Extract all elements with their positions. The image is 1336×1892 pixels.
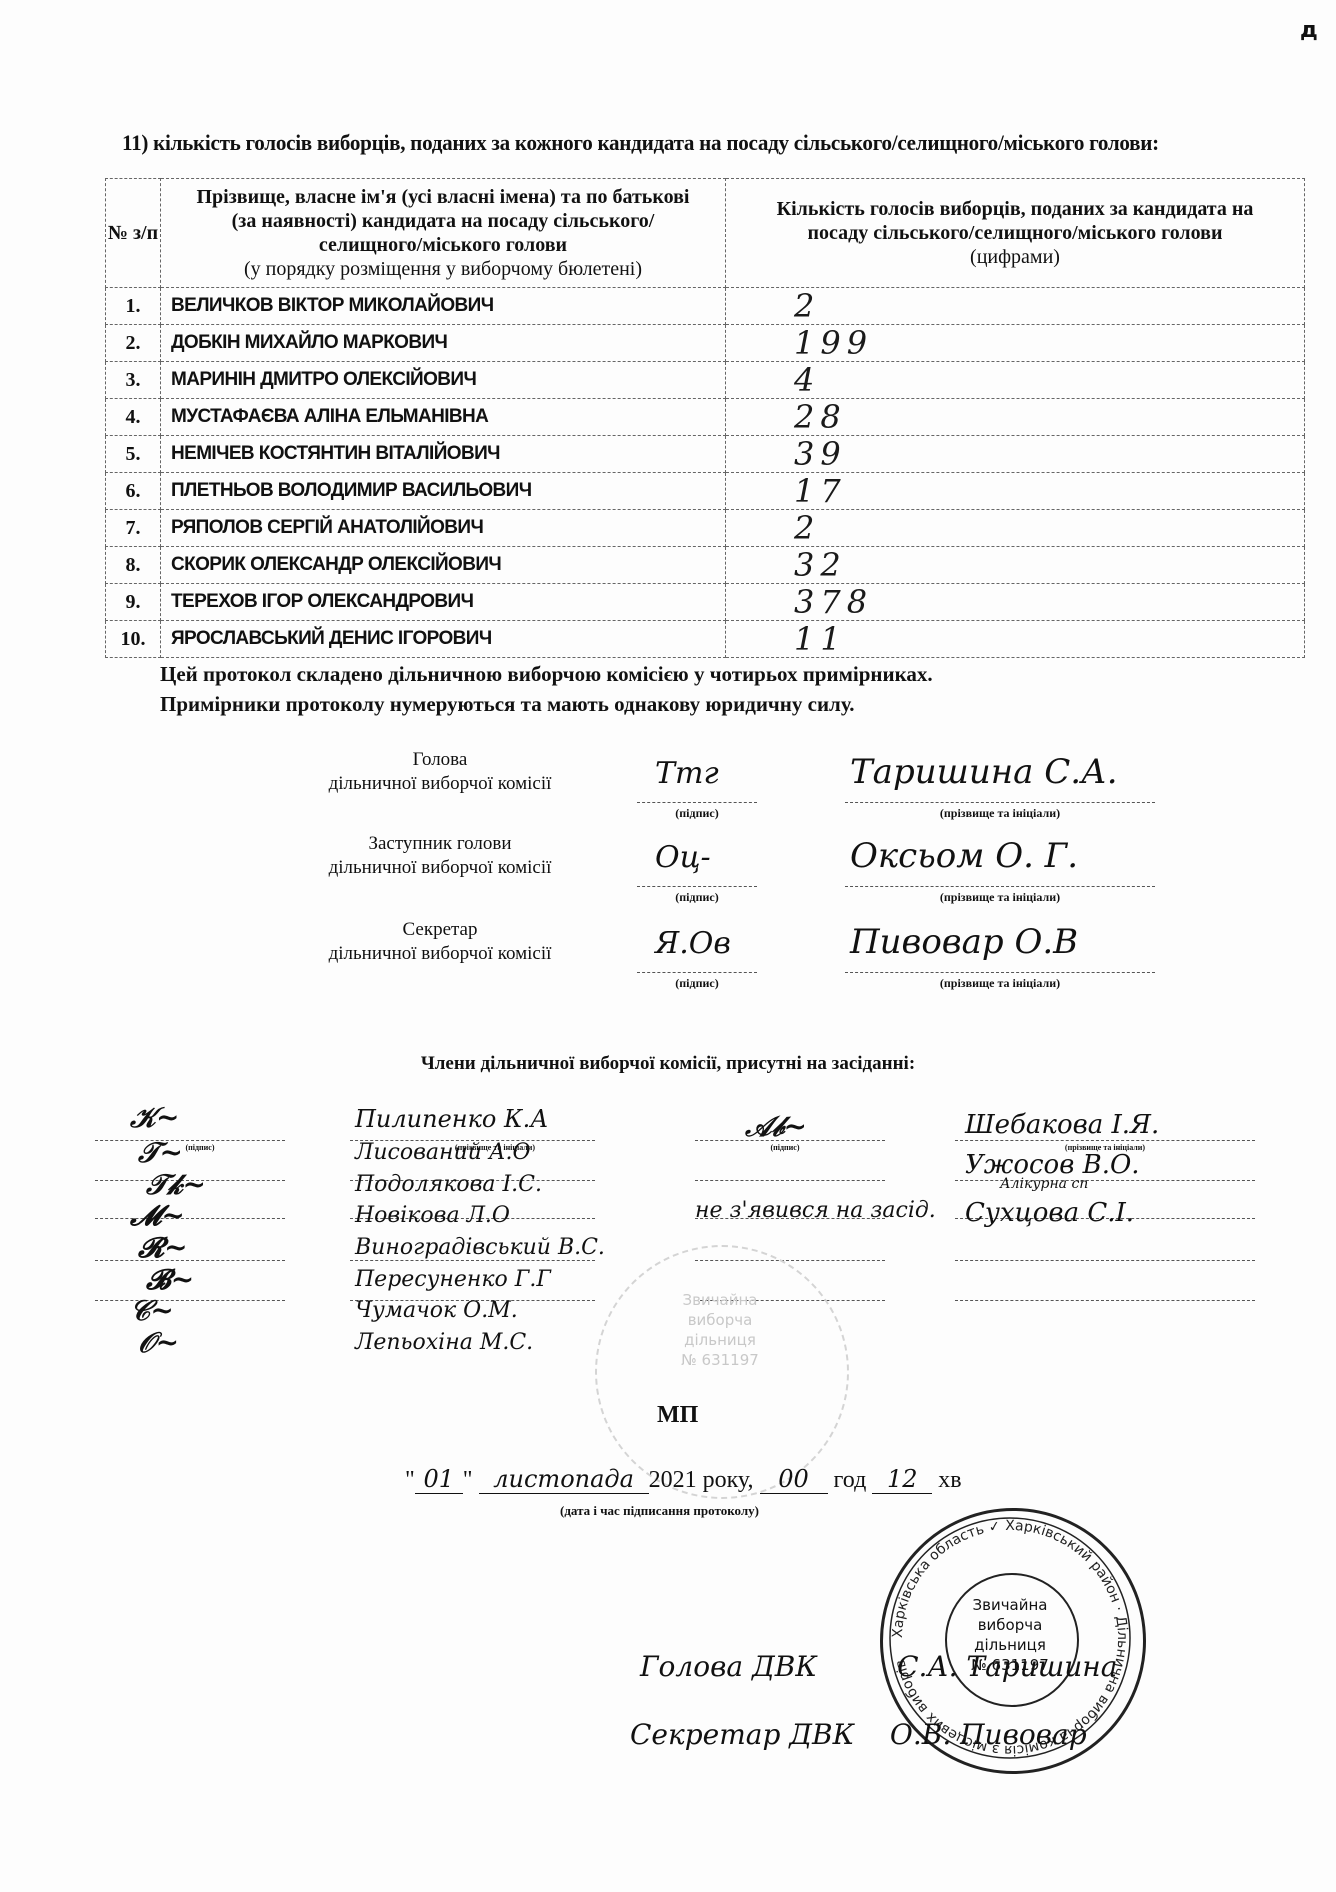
signing-minute: 12 bbox=[872, 1465, 932, 1494]
candidate-name: РЯПОЛОВ СЕРГІЙ АНАТОЛІЙОВИЧ bbox=[161, 510, 726, 547]
table-row: 4.МУСТАФАЄВА АЛІНА ЕЛЬМАНІВНА28 bbox=[106, 399, 1305, 436]
table-row: 5.НЕМІЧЕВ КОСТЯНТИН ВІТАЛІЙОВИЧ39 bbox=[106, 436, 1305, 473]
member-line bbox=[350, 1260, 595, 1261]
candidate-name: ЯРОСЛАВСЬКИЙ ДЕНИС ІГОРОВИЧ bbox=[161, 621, 726, 658]
table-row: 8.СКОРИК ОЛЕКСАНДР ОЛЕКСІЙОВИЧ32 bbox=[106, 547, 1305, 584]
member-annotation: Алікурна сп bbox=[1000, 1176, 1088, 1192]
candidate-name: ПЛЕТНЬОВ ВОЛОДИМИР ВАСИЛЬОВИЧ bbox=[161, 473, 726, 510]
row-number: 1. bbox=[106, 288, 161, 325]
certification-chair: Голова ДВК С.А. Таришина bbox=[640, 1650, 1117, 1683]
name-caption: (прізвище та ініціали) bbox=[845, 890, 1155, 905]
candidate-votes: 2 bbox=[726, 510, 1305, 547]
certification-secretary: Секретар ДВК О.В. Пивовар bbox=[630, 1718, 1087, 1751]
signature-caption: (підпис) bbox=[637, 976, 757, 991]
candidate-name: ДОБКІН МИХАЙЛО МАРКОВИЧ bbox=[161, 325, 726, 362]
official-name: Пивовар О.В bbox=[850, 922, 1078, 962]
candidate-votes: 4 bbox=[726, 362, 1305, 399]
row-number: 9. bbox=[106, 584, 161, 621]
row-number: 8. bbox=[106, 547, 161, 584]
candidate-name: НЕМІЧЕВ КОСТЯНТИН ВІТАЛІЙОВИЧ bbox=[161, 436, 726, 473]
name-line bbox=[845, 886, 1155, 887]
member-line bbox=[955, 1140, 1255, 1141]
candidate-name: МАРИНІН ДМИТРО ОЛЕКСІЙОВИЧ bbox=[161, 362, 726, 399]
note-copies: Цей протокол складено дільничною виборчо… bbox=[160, 662, 933, 687]
member-line bbox=[695, 1180, 885, 1181]
member-name: Чумачок О.М. bbox=[355, 1298, 518, 1323]
candidate-votes-table: № з/п Прізвище, власне ім'я (усі власні … bbox=[105, 178, 1305, 658]
member-name: Подолякова І.С. bbox=[355, 1172, 542, 1197]
member-name: Пилипенко К.А bbox=[355, 1105, 548, 1133]
members-title: Члени дільничної виборчої комісії, прису… bbox=[0, 1053, 1336, 1075]
signing-date-line: "01" листопада2021 року, 00 год 12 хв bbox=[405, 1465, 962, 1494]
corner-mark: д bbox=[1300, 18, 1318, 43]
candidate-name: МУСТАФАЄВА АЛІНА ЕЛЬМАНІВНА bbox=[161, 399, 726, 436]
member-signature: 𝓜~ bbox=[130, 1199, 185, 1233]
table-row: 10.ЯРОСЛАВСЬКИЙ ДЕНИС ІГОРОВИЧ11 bbox=[106, 621, 1305, 658]
official-role: Заступник головидільничної виборчої комі… bbox=[290, 832, 590, 880]
official-role: Головадільничної виборчої комісії bbox=[290, 748, 590, 796]
section-title: 11) кількість голосів виборців, поданих … bbox=[122, 130, 1159, 156]
official-name: Таришина С.А. bbox=[850, 752, 1118, 792]
member-absent-note: не з'явився на засід. bbox=[695, 1198, 936, 1223]
member-name: Пересуненко Г.Г bbox=[355, 1267, 551, 1292]
row-number: 7. bbox=[106, 510, 161, 547]
member-line bbox=[95, 1140, 285, 1141]
candidate-votes: 378 bbox=[726, 584, 1305, 621]
member-line bbox=[95, 1218, 285, 1219]
name-caption: (прізвище та ініціали) bbox=[845, 806, 1155, 821]
candidate-name: ТЕРЕХОВ ІГОР ОЛЕКСАНДРОВИЧ bbox=[161, 584, 726, 621]
name-line bbox=[845, 802, 1155, 803]
member-signature: 𝒯~ bbox=[138, 1136, 183, 1170]
member-line bbox=[95, 1260, 285, 1261]
candidate-name: СКОРИК ОЛЕКСАНДР ОЛЕКСІЙОВИЧ bbox=[161, 547, 726, 584]
row-number: 6. bbox=[106, 473, 161, 510]
signature-caption: (підпис) bbox=[637, 890, 757, 905]
faded-stamp-impression bbox=[595, 1245, 849, 1499]
name-line bbox=[845, 972, 1155, 973]
member-name: Сухцова С.І. bbox=[965, 1198, 1134, 1228]
member-name: Виноградівський В.С. bbox=[355, 1235, 605, 1260]
date-day: 01 bbox=[415, 1465, 463, 1494]
header-candidate-name: Прізвище, власне ім'я (усі власні імена)… bbox=[161, 179, 726, 288]
table-row: 6.ПЛЕТНЬОВ ВОЛОДИМИР ВАСИЛЬОВИЧ17 bbox=[106, 473, 1305, 510]
header-votes: Кількість голосів виборців, поданих за к… bbox=[726, 179, 1305, 288]
member-signature: 𝒯𝓀~ bbox=[146, 1168, 206, 1202]
official-name: Оксьом О. Г. bbox=[850, 836, 1078, 876]
official-signature: Оц- bbox=[655, 840, 711, 875]
row-number: 10. bbox=[106, 621, 161, 658]
table-row: 1.ВЕЛИЧКОВ ВІКТОР МИКОЛАЙОВИЧ2 bbox=[106, 288, 1305, 325]
candidate-votes: 11 bbox=[726, 621, 1305, 658]
member-line bbox=[95, 1300, 285, 1301]
date-month: листопада bbox=[479, 1465, 649, 1494]
official-role: Секретардільничної виборчої комісії bbox=[290, 918, 590, 966]
row-number: 4. bbox=[106, 399, 161, 436]
member-name: Новікова Л.О bbox=[355, 1203, 510, 1228]
seal-place-label: МП bbox=[657, 1402, 698, 1429]
member-name: Лепьохіна М.С. bbox=[355, 1330, 533, 1355]
candidate-votes: 199 bbox=[726, 325, 1305, 362]
signature-line bbox=[637, 802, 757, 803]
table-row: 2.ДОБКІН МИХАЙЛО МАРКОВИЧ199 bbox=[106, 325, 1305, 362]
member-signature: 𝒞~ bbox=[130, 1294, 174, 1328]
member-signature: 𝒪~ bbox=[138, 1326, 179, 1360]
candidate-votes: 17 bbox=[726, 473, 1305, 510]
member-signature: 𝓡~ bbox=[138, 1231, 188, 1265]
candidate-votes: 32 bbox=[726, 547, 1305, 584]
member-line bbox=[955, 1300, 1255, 1301]
signature-line bbox=[637, 886, 757, 887]
name-caption: (прізвище та ініціали) bbox=[845, 976, 1155, 991]
signing-hour: 00 bbox=[760, 1465, 828, 1494]
date-caption: (дата і час підписання протоколу) bbox=[560, 1503, 759, 1519]
row-number: 2. bbox=[106, 325, 161, 362]
candidate-votes: 2 bbox=[726, 288, 1305, 325]
member-signature: 𝓑~ bbox=[146, 1263, 194, 1297]
signature-line bbox=[637, 972, 757, 973]
candidate-votes: 28 bbox=[726, 399, 1305, 436]
header-number: № з/п bbox=[106, 179, 161, 288]
table-row: 9.ТЕРЕХОВ ІГОР ОЛЕКСАНДРОВИЧ378 bbox=[106, 584, 1305, 621]
table-row: 3.МАРИНІН ДМИТРО ОЛЕКСІЙОВИЧ4 bbox=[106, 362, 1305, 399]
official-signature: Ттг bbox=[655, 756, 719, 791]
signature-caption: (підпис) bbox=[637, 806, 757, 821]
note-legal-force: Примірники протоколу нумеруються та мают… bbox=[160, 692, 854, 717]
faded-stamp-text: Звичайнавиборчадільниця№ 631197 bbox=[650, 1290, 790, 1370]
member-name: Лисований А.О bbox=[355, 1140, 531, 1165]
candidate-votes: 39 bbox=[726, 436, 1305, 473]
member-signature: 𝒜𝒷~ bbox=[745, 1110, 807, 1144]
candidate-name: ВЕЛИЧКОВ ВІКТОР МИКОЛАЙОВИЧ bbox=[161, 288, 726, 325]
member-signature: 𝒦~ bbox=[130, 1101, 179, 1135]
row-number: 3. bbox=[106, 362, 161, 399]
member-name: Шебакова І.Я. bbox=[965, 1110, 1159, 1140]
row-number: 5. bbox=[106, 436, 161, 473]
table-row: 7.РЯПОЛОВ СЕРГІЙ АНАТОЛІЙОВИЧ2 bbox=[106, 510, 1305, 547]
official-signature: Я.Ов bbox=[655, 926, 731, 961]
member-line bbox=[955, 1260, 1255, 1261]
